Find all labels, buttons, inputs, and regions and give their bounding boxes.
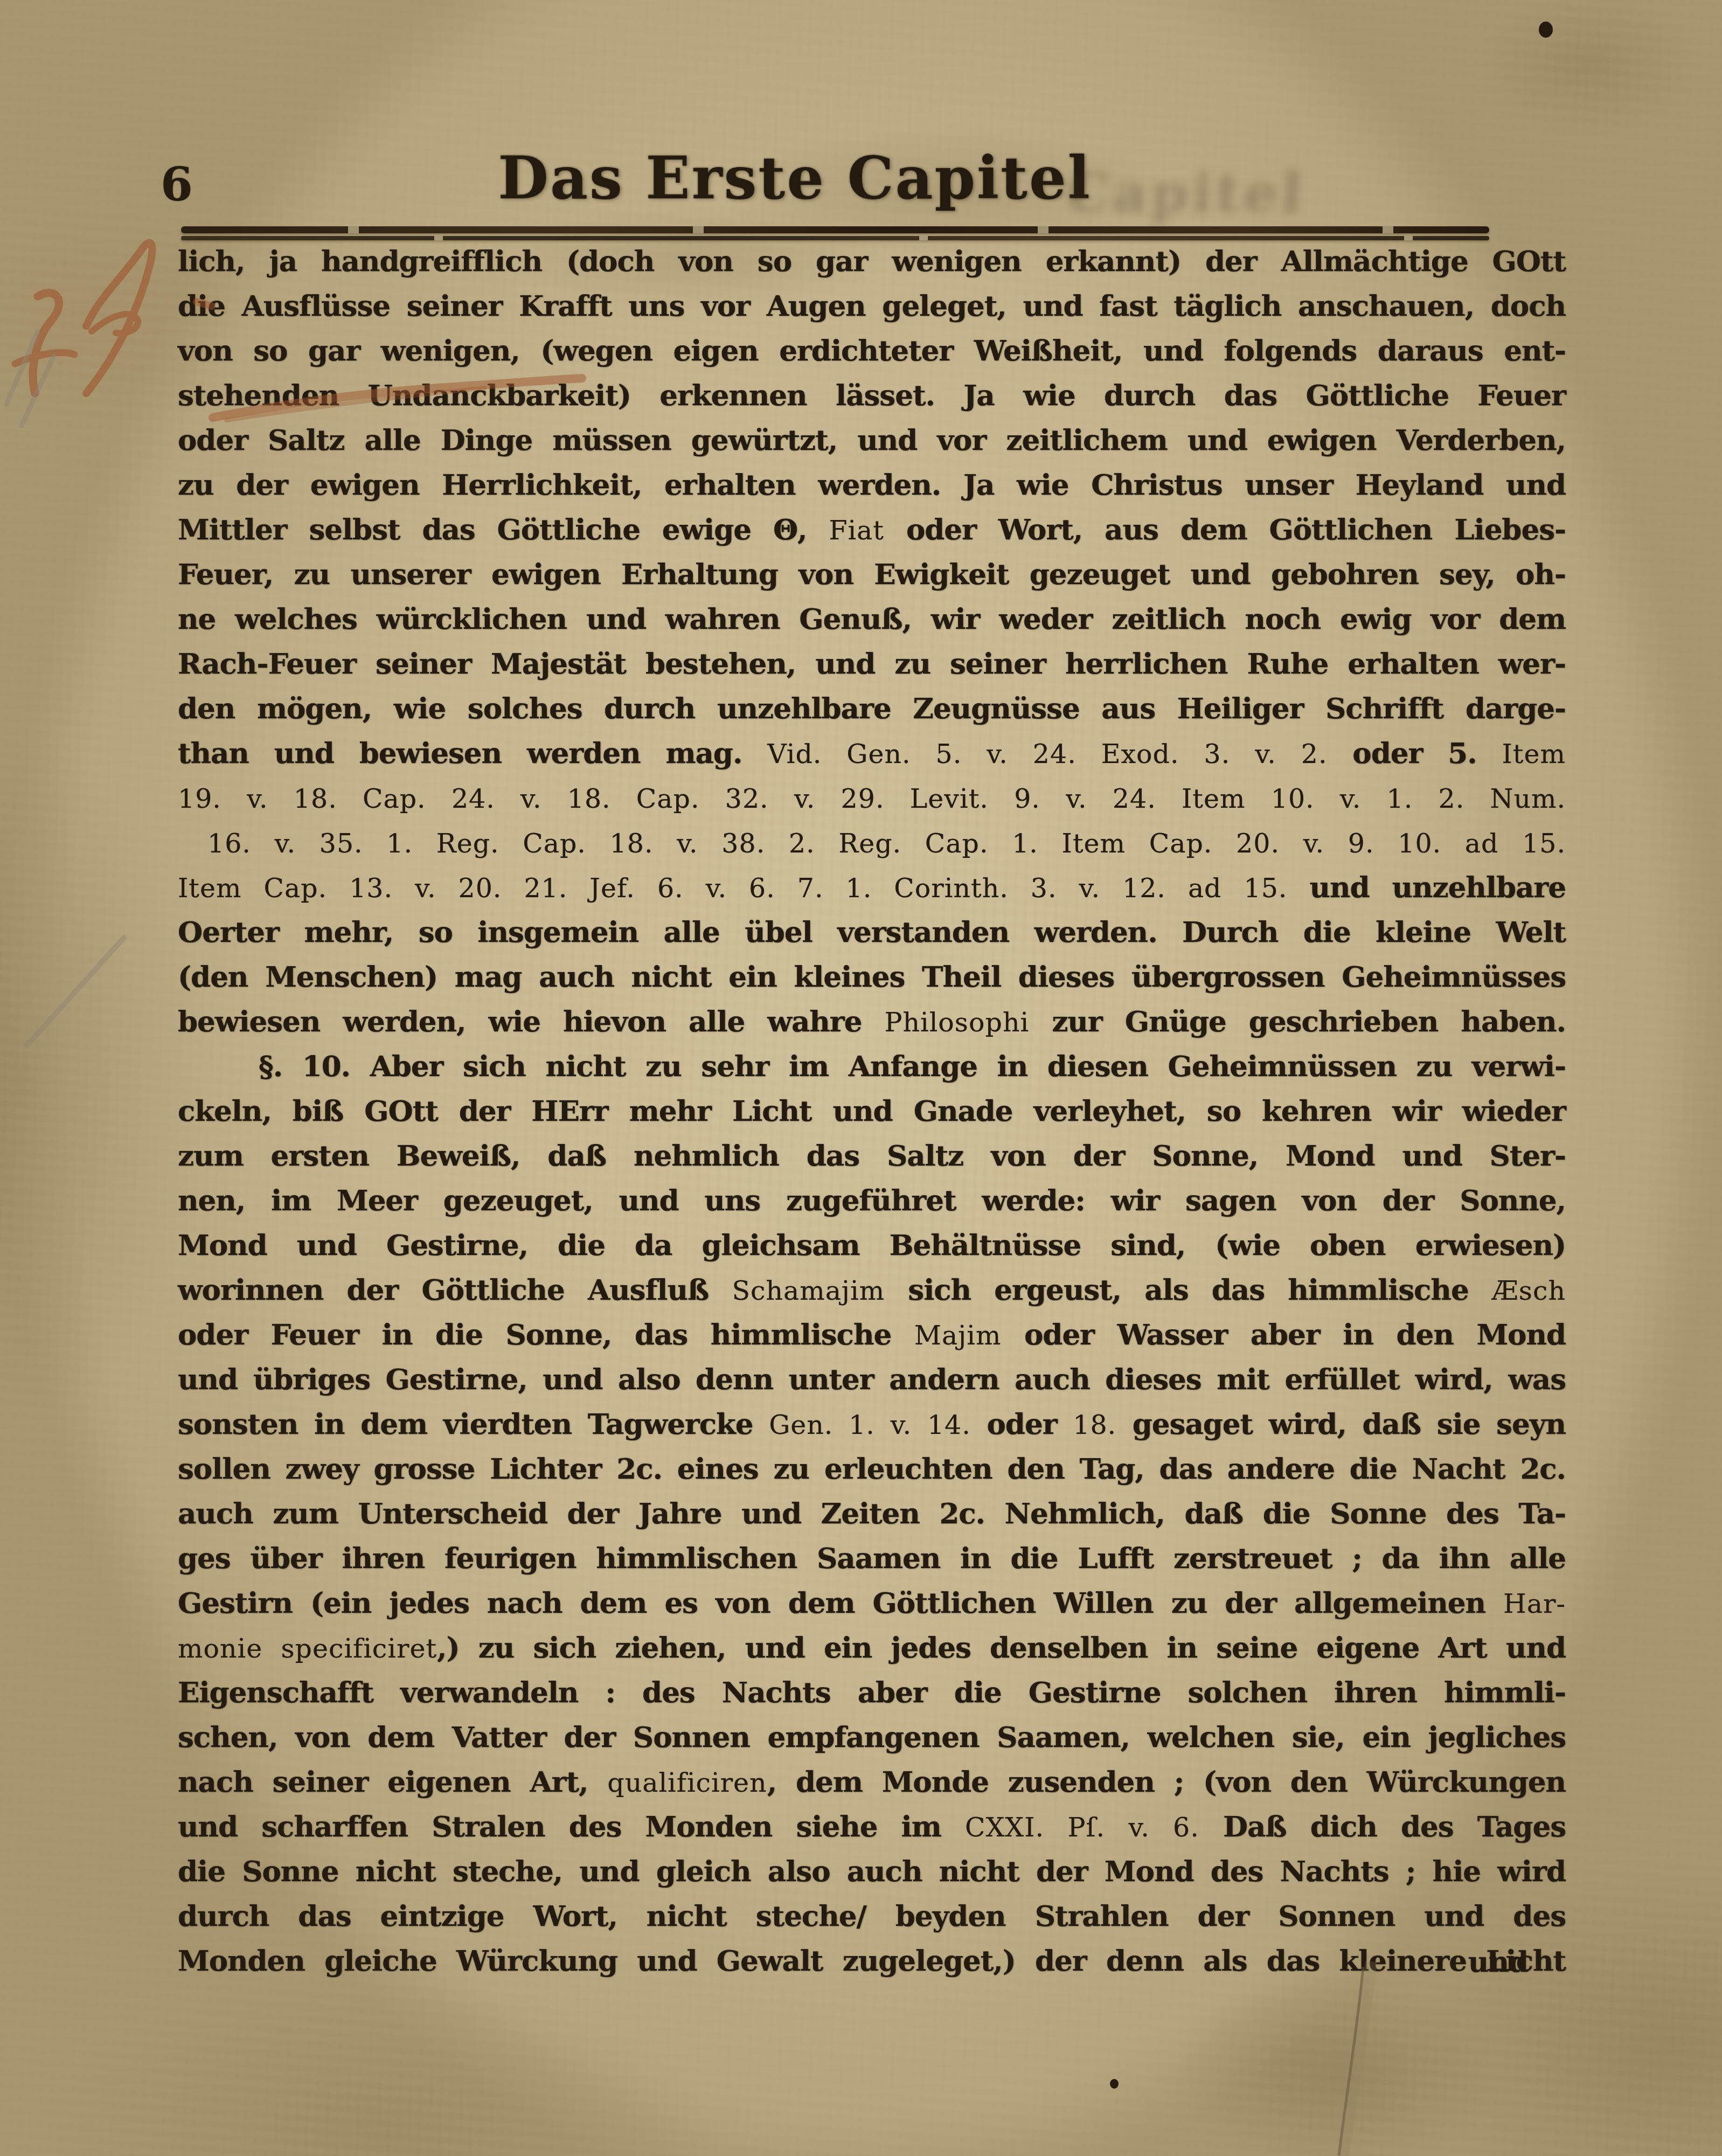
antiqua-text-segment: Philosophi [885,1007,1030,1038]
text-line: Oerter mehr, so insgemein alle übel vers… [178,910,1566,955]
fraktur-text-segment: Eigenschafft verwandeln : des Nachts abe… [178,1676,1566,1709]
text-line: monie specificiret,) zu sich ziehen, und… [178,1626,1566,1670]
fraktur-text-segment: bewiesen werden, wie hievon alle wahre [178,1005,885,1038]
text-line: 19. v. 18. Cap. 24. v. 18. Cap. 32. v. 2… [178,776,1566,821]
antiqua-text-segment: monie specificiret [178,1633,437,1664]
text-line: den mögen, wie solches durch unzehlbare … [178,687,1566,731]
fraktur-text-segment: ne welches würcklichen und wahren Genuß,… [178,602,1566,636]
fraktur-text-segment: sich ergeust, als das himmlische [885,1273,1492,1307]
antiqua-text-segment: CXXI. Pſ. v. 6. [965,1812,1199,1843]
text-line: worinnen der Göttliche Ausfluß Schamajim… [178,1268,1566,1313]
text-line: (den Menschen) mag auch nicht ein kleine… [178,955,1566,1000]
fraktur-text-segment: Mittler selbst das Göttliche ewige Θ, [178,513,829,546]
fraktur-text-segment: Gestirn (ein jedes nach dem es von dem G… [178,1586,1503,1620]
text-line: nach seiner eigenen Art, qualificiren, d… [178,1760,1566,1805]
text-line: die Ausflüsse seiner Krafft uns vor Auge… [178,284,1566,329]
fraktur-text-segment: sonsten in dem vierdten Tagwercke [178,1408,769,1441]
fraktur-text-segment: zu der ewigen Herrlichkeit, erhalten wer… [178,468,1566,502]
antiqua-text-segment: Fiat [829,515,884,546]
text-line: bewiesen werden, wie hievon alle wahre P… [178,1000,1566,1044]
fraktur-text-segment: nach seiner eigenen Art, [178,1765,607,1799]
fraktur-text-segment: ckeln, biß GOtt der HErr mehr Licht und … [178,1094,1566,1128]
text-line: und scharffen Stralen des Monden siehe i… [178,1805,1566,1849]
fraktur-text-segment: die Ausflüsse seiner Krafft uns vor Auge… [178,289,1566,323]
text-line: Eigenschafft verwandeln : des Nachts abe… [178,1670,1566,1715]
catchword-row: und [178,1940,1566,1985]
catchword: und [178,1940,1566,1985]
fraktur-text-segment: und scharffen Stralen des Monden siehe i… [178,1810,965,1843]
ink-speck-bottom [1110,2079,1119,2089]
antiqua-text-segment: Item Cap. 13. v. 20. 21. Jef. 6. v. 6. 7… [178,873,1309,904]
antiqua-text-segment: qualificiren [607,1767,767,1798]
fraktur-text-segment: gesaget wird, daß sie seyn [1116,1408,1566,1441]
fraktur-text-segment: , dem Monde zusenden ; (von den Würckung… [767,1765,1566,1799]
text-line: oder Feuer in die Sonne, das himmlische … [178,1313,1566,1357]
text-line: nen, im Meer gezeuget, und uns zugeführe… [178,1178,1566,1223]
antiqua-text-segment: Gen. 1. v. 14. [769,1410,971,1440]
title-ink-ghost: Capitel [1065,162,1446,225]
fraktur-text-segment: die Sonne nicht steche, und gleich also … [178,1855,1566,1888]
fraktur-text-segment: zum ersten Beweiß, daß nehmlich das Salt… [178,1139,1566,1173]
fraktur-text-segment: sollen zwey grosse Lichter 2c. eines zu … [178,1452,1566,1486]
fraktur-text-segment: oder [971,1408,1073,1441]
fraktur-text-segment: Oerter mehr, so insgemein alle übel vers… [178,916,1566,949]
fraktur-text-segment: nen, im Meer gezeuget, und uns zugeführe… [178,1184,1566,1217]
antiqua-text-segment: 16. v. 35. 1. Reg. Cap. 18. v. 38. 2. Re… [207,828,1566,859]
text-line: oder Saltz alle Dinge müssen gewürtzt, u… [178,418,1566,463]
fraktur-text-segment: den mögen, wie solches durch unzehlbare … [178,692,1566,725]
text-line: von so gar wenigen, (wegen eigen erdicht… [178,329,1566,373]
text-line: Mittler selbst das Göttliche ewige Θ, Fi… [178,508,1566,552]
fraktur-text-segment: Rach-Feuer seiner Majestät bestehen, und… [178,647,1566,681]
antiqua-text-segment: Item [1502,739,1566,769]
antiqua-text-segment: Majim [914,1320,1002,1351]
text-line: Mond und Gestirne, die da gleichsam Behä… [178,1223,1566,1268]
antiqua-text-segment: Æsch [1492,1275,1566,1306]
fraktur-text-segment: Daß dich des Tages [1199,1810,1566,1843]
text-line: schen, von dem Vatter der Sonnen empfang… [178,1715,1566,1760]
fraktur-text-segment: auch zum Unterscheid der Jahre und Zeite… [178,1497,1566,1530]
text-line: than und bewiesen werden mag. Vid. Gen. … [178,731,1566,776]
fraktur-text-segment: oder Saltz alle Dinge müssen gewürtzt, u… [178,424,1566,457]
fraktur-text-segment: Mond und Gestirne, die da gleichsam Behä… [178,1229,1566,1262]
antiqua-text-segment: 19. v. 18. Cap. 24. v. 18. Cap. 32. v. 2… [178,784,1566,814]
text-line: Gestirn (ein jedes nach dem es von dem G… [178,1581,1566,1626]
book-page: 6 Das Erste Capitel Capitel lich, ja han… [0,0,1722,2156]
text-line: durch das eintzige Wort, nicht steche/ b… [178,1894,1566,1939]
fraktur-text-segment: Feuer, zu unserer ewigen Erhaltung von E… [178,558,1566,591]
text-line: sollen zwey grosse Lichter 2c. eines zu … [178,1447,1566,1492]
fraktur-text-segment: ,) zu sich ziehen, und ein jedes denselb… [437,1631,1566,1665]
fraktur-text-segment: §. 10. Aber sich nicht zu sehr im Anfang… [259,1050,1566,1083]
text-line: stehenden Undanckbarkeit) erkennen lässe… [178,373,1566,418]
text-line: Feuer, zu unserer ewigen Erhaltung von E… [178,552,1566,597]
fraktur-text-segment: stehenden Undanckbarkeit) erkennen lässe… [178,379,1566,412]
fraktur-text-segment: ges über ihren feurigen himmlischen Saam… [178,1542,1566,1575]
text-block: lich, ja handgreifflich (doch von so gar… [178,239,1566,1984]
text-line: ne welches würcklichen und wahren Genuß,… [178,597,1566,642]
text-line: §. 10. Aber sich nicht zu sehr im Anfang… [178,1044,1566,1089]
text-line: und übriges Gestirne, und also denn unte… [178,1357,1566,1402]
fraktur-text-segment: schen, von dem Vatter der Sonnen empfang… [178,1721,1566,1754]
fraktur-text-segment: und unzehlbare [1309,871,1566,904]
fraktur-text-segment: lich, ja handgreifflich (doch von so gar… [178,245,1566,278]
fraktur-text-segment: zur Gnüge geschrieben haben. [1029,1005,1566,1038]
antiqua-text-segment: Schamajim [732,1275,885,1306]
ink-speck-top-right [1539,22,1553,38]
text-line: ges über ihren feurigen himmlischen Saam… [178,1536,1566,1581]
pencil-slash-marks [0,302,119,442]
antiqua-text-segment: 18. [1073,1410,1116,1440]
text-line: die Sonne nicht steche, und gleich also … [178,1849,1566,1894]
fraktur-text-segment: oder Feuer in die Sonne, das himmlische [178,1318,914,1351]
text-line: zu der ewigen Herrlichkeit, erhalten wer… [178,463,1566,508]
header-rule-top [181,226,1489,233]
text-line: lich, ja handgreifflich (doch von so gar… [178,239,1566,284]
fraktur-text-segment: oder 5. [1327,737,1502,770]
fraktur-text-segment: von so gar wenigen, (wegen eigen erdicht… [178,334,1566,368]
text-line: 16. v. 35. 1. Reg. Cap. 18. v. 38. 2. Re… [178,821,1566,865]
pencil-slash-mark-lower [16,916,156,1056]
fraktur-text-segment: than und bewiesen werden mag. [178,737,767,770]
fraktur-text-segment: oder Wort, aus dem Göttlichen Liebes- [884,513,1566,546]
text-line: zum ersten Beweiß, daß nehmlich das Salt… [178,1134,1566,1178]
fraktur-text-segment: oder Wasser aber in den Mond [1001,1318,1566,1351]
fraktur-text-segment: worinnen der Göttliche Ausfluß [178,1273,732,1307]
antiqua-text-segment: Har- [1503,1589,1566,1619]
text-line: ckeln, biß GOtt der HErr mehr Licht und … [178,1089,1566,1134]
paper-crease [1282,1961,1444,2156]
fraktur-text-segment: (den Menschen) mag auch nicht ein kleine… [178,960,1566,994]
fraktur-text-segment: durch das eintzige Wort, nicht steche/ b… [178,1900,1566,1933]
text-line: auch zum Unterscheid der Jahre und Zeite… [178,1492,1566,1536]
text-line: sonsten in dem vierdten Tagwercke Gen. 1… [178,1402,1566,1447]
text-line: Rach-Feuer seiner Majestät bestehen, und… [178,642,1566,687]
text-line: Item Cap. 13. v. 20. 21. Jef. 6. v. 6. 7… [178,865,1566,910]
fraktur-text-segment: und übriges Gestirne, und also denn unte… [178,1363,1566,1396]
antiqua-text-segment: Vid. Gen. 5. v. 24. Exod. 3. v. 2. [767,739,1327,769]
